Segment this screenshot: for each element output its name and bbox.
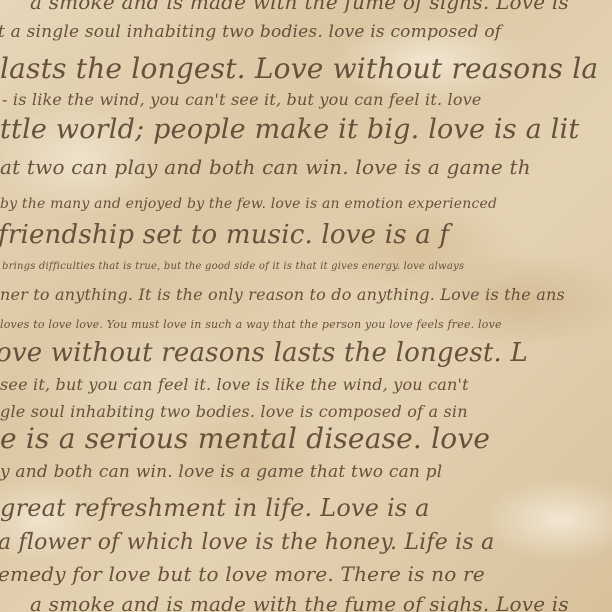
handwritten-line: ove without reasons lasts the longest. L bbox=[0, 338, 528, 368]
handwritten-line: by the many and enjoyed by the few. love… bbox=[0, 196, 497, 212]
handwritten-line: see it, but you can feel it. love is lik… bbox=[0, 375, 469, 394]
handwritten-line: a smoke and is made with the fume of sig… bbox=[30, 0, 569, 14]
handwritten-line: - is like the wind, you can't see it, bu… bbox=[2, 90, 482, 109]
handwritten-line: great refreshment in life. Love is a bbox=[0, 494, 430, 522]
handwritten-line: at two can play and both can win. love i… bbox=[0, 155, 531, 179]
handwritten-line: loves to love love. You must love in suc… bbox=[0, 318, 502, 331]
handwritten-line: a flower of which love is the honey. Lif… bbox=[0, 530, 494, 555]
handwritten-line: emedy for love but to love more. There i… bbox=[0, 562, 485, 586]
handwritten-line: ttle world; people make it big. love is … bbox=[0, 114, 579, 145]
handwritten-line: y and both can win. love is a game that … bbox=[0, 462, 442, 482]
handwritten-line: friendship set to music. love is a f bbox=[0, 220, 449, 250]
handwritten-line: e is a serious mental disease. love bbox=[0, 422, 490, 455]
handwritten-line: brings difficulties that is true, but th… bbox=[2, 261, 464, 272]
aged-paper-background: a smoke and is made with the fume of sig… bbox=[0, 0, 612, 612]
handwritten-line: lasts the longest. Love without reasons … bbox=[0, 52, 598, 85]
handwritten-line: a smoke and is made with the fume of sig… bbox=[30, 592, 569, 612]
handwritten-line: t a single soul inhabiting two bodies. l… bbox=[0, 22, 501, 42]
handwritten-line: ner to anything. It is the only reason t… bbox=[0, 285, 565, 304]
handwritten-line: gle soul inhabiting two bodies. love is … bbox=[0, 402, 468, 421]
